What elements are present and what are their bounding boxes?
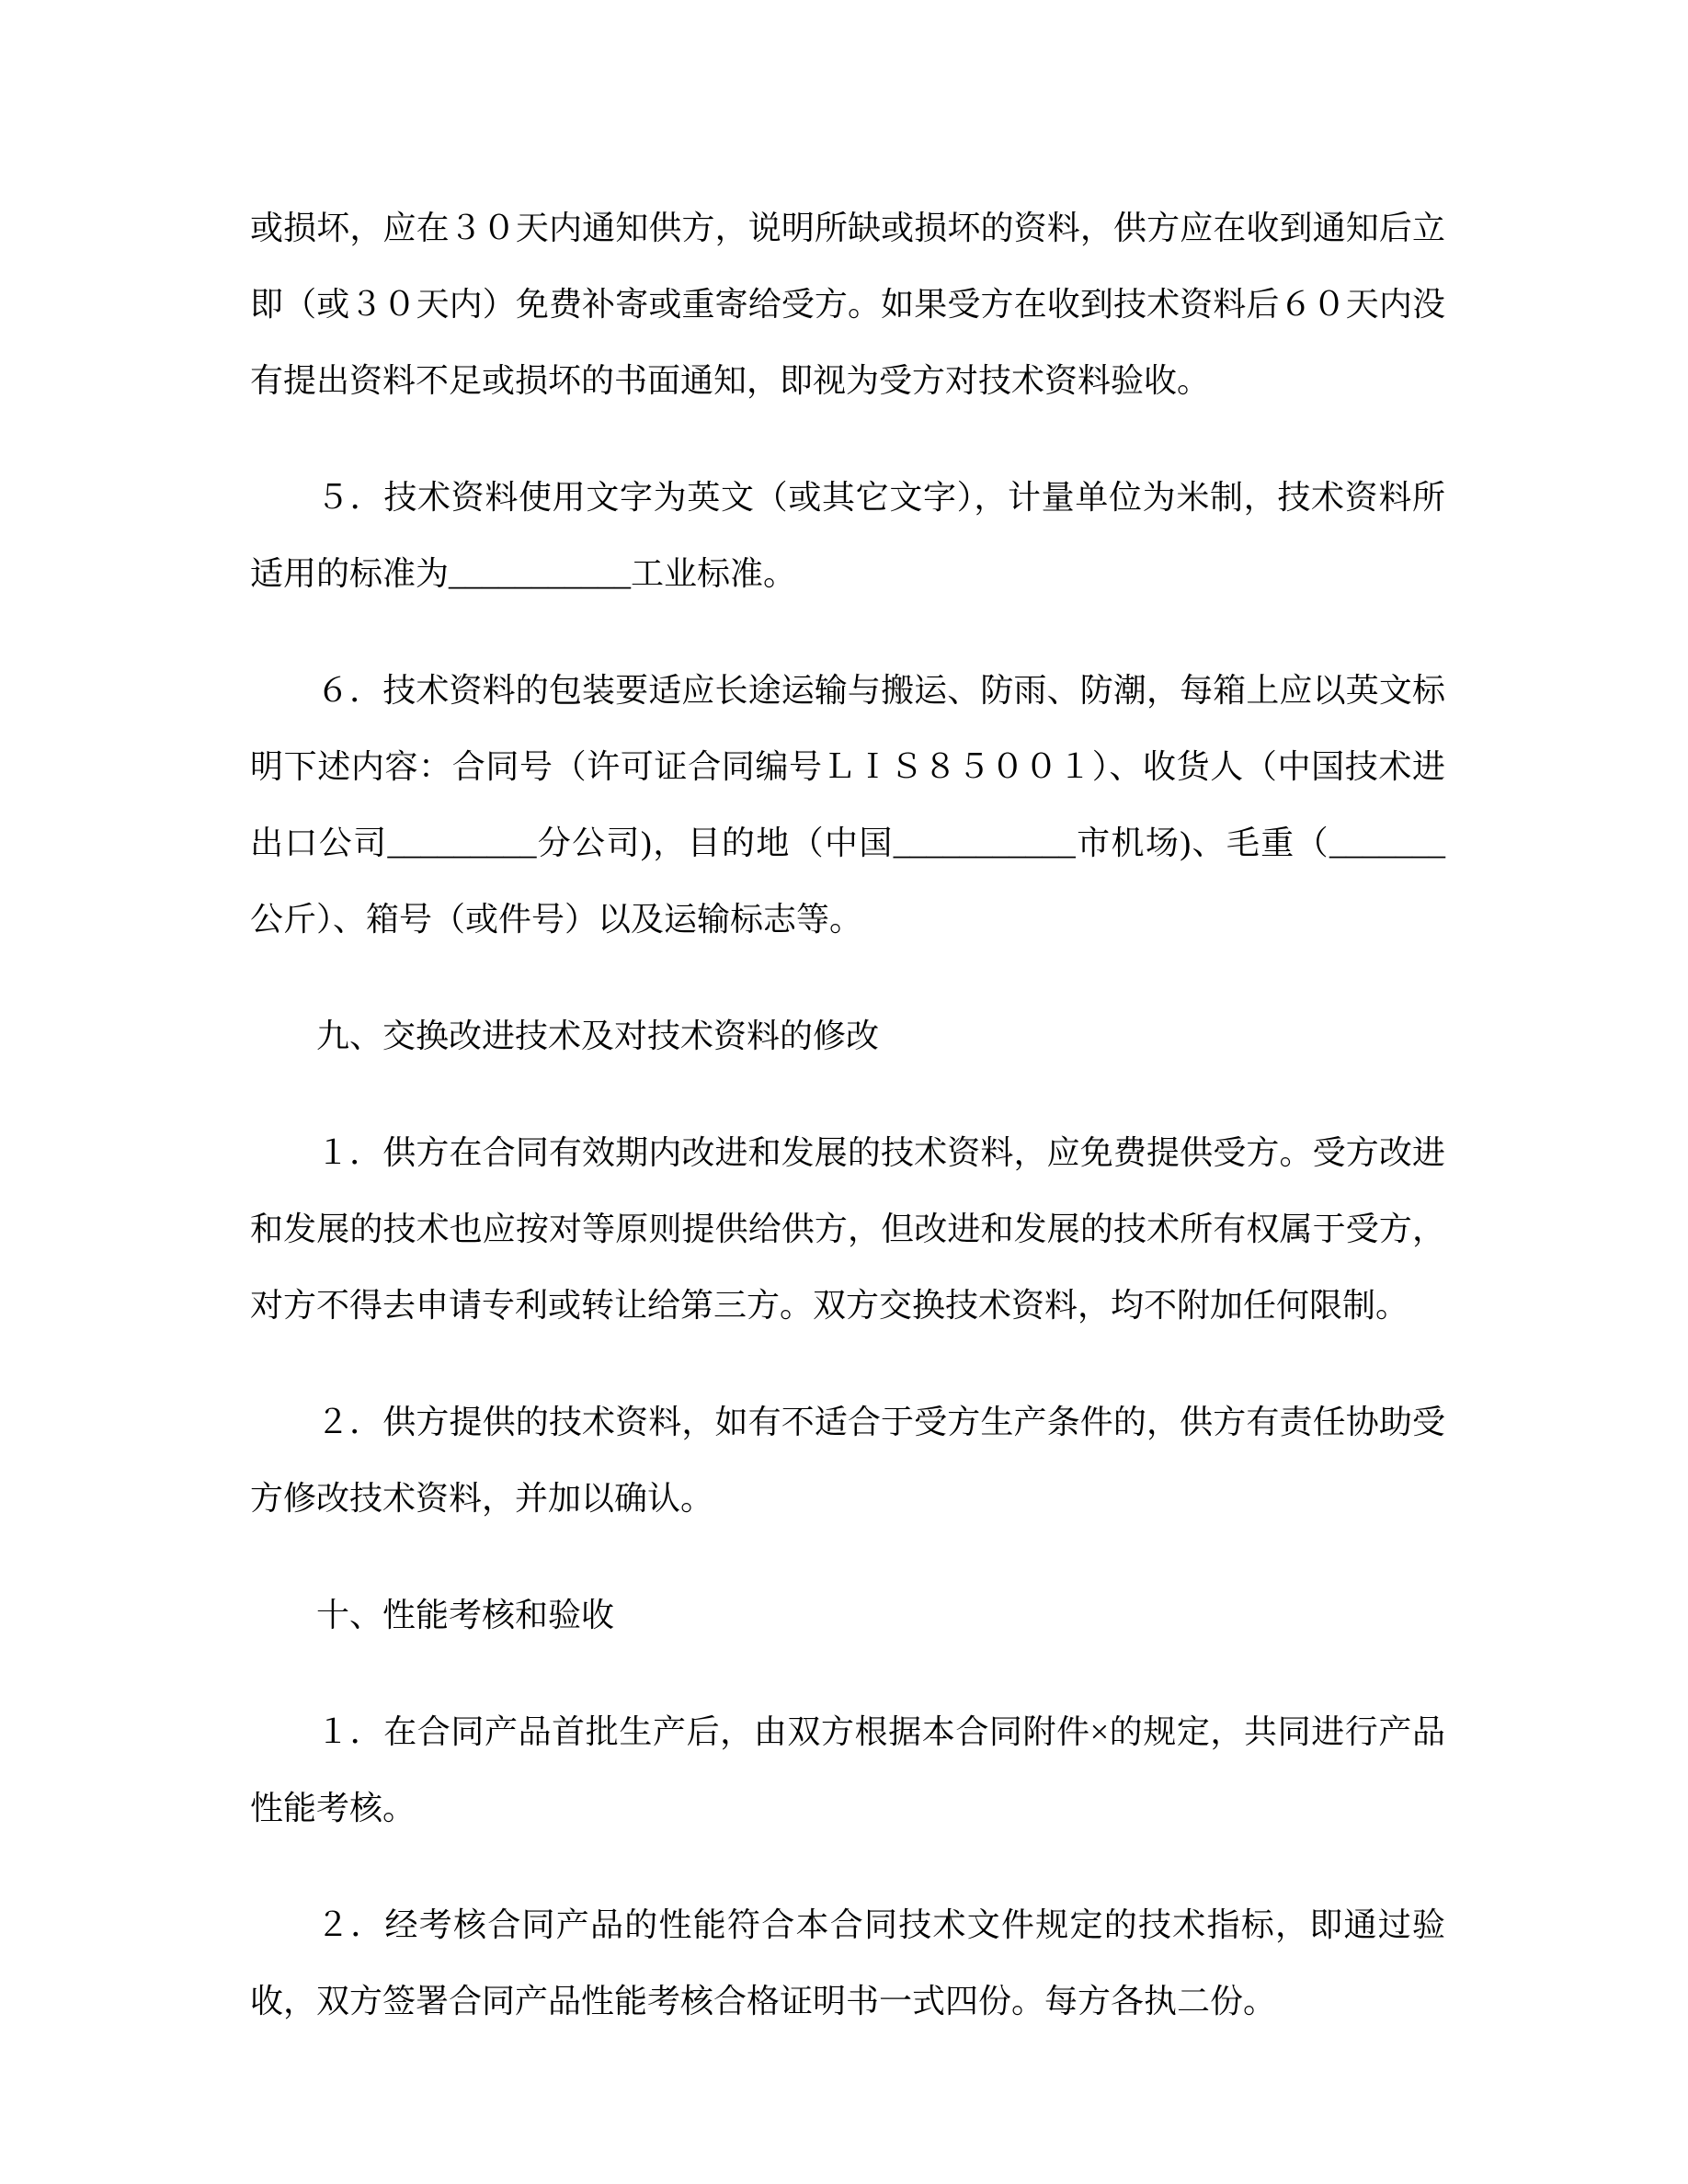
document-body: 或损坏，应在３０天内通知供方，说明所缺或损坏的资料，供方应在收到通知后立即（或３… — [250, 190, 1442, 2040]
contract-page: 或损坏，应在３０天内通知供方，说明所缺或损坏的资料，供方应在收到通知后立即（或３… — [0, 0, 1688, 2184]
paragraph-clause-8-6: ６．技术资料的包装要适应长途运输与搬运、防雨、防潮，每箱上应以英文标明下述内容：… — [250, 653, 1445, 958]
section-heading-9: 九、交换改进技术及对技术资料的修改 — [250, 998, 1445, 1075]
section-heading-10: 十、性能考核和验收 — [250, 1577, 1445, 1654]
paragraph-clause-10-2: ２．经考核合同产品的性能符合本合同技术文件规定的技术指标，即通过验收，双方签署合… — [250, 1887, 1445, 2040]
paragraph-clause-9-2: ２．供方提供的技术资料，如有不适合于受方生产条件的，供方有责任协助受方修改技术资… — [250, 1384, 1445, 1537]
paragraph-clause-10-1: １．在合同产品首批生产后，由双方根据本合同附件×的规定，共同进行产品性能考核。 — [250, 1694, 1445, 1847]
paragraph-clause-8-5: ５．技术资料使用文字为英文（或其它文字），计量单位为米制，技术资料所适用的标准为… — [250, 460, 1445, 612]
paragraph-clause-9-1: １．供方在合同有效期内改进和发展的技术资料，应免费提供受方。受方改进和发展的技术… — [250, 1115, 1445, 1344]
paragraph-clause-8-4-continuation: 或损坏，应在３０天内通知供方，说明所缺或损坏的资料，供方应在收到通知后立即（或３… — [250, 190, 1445, 419]
